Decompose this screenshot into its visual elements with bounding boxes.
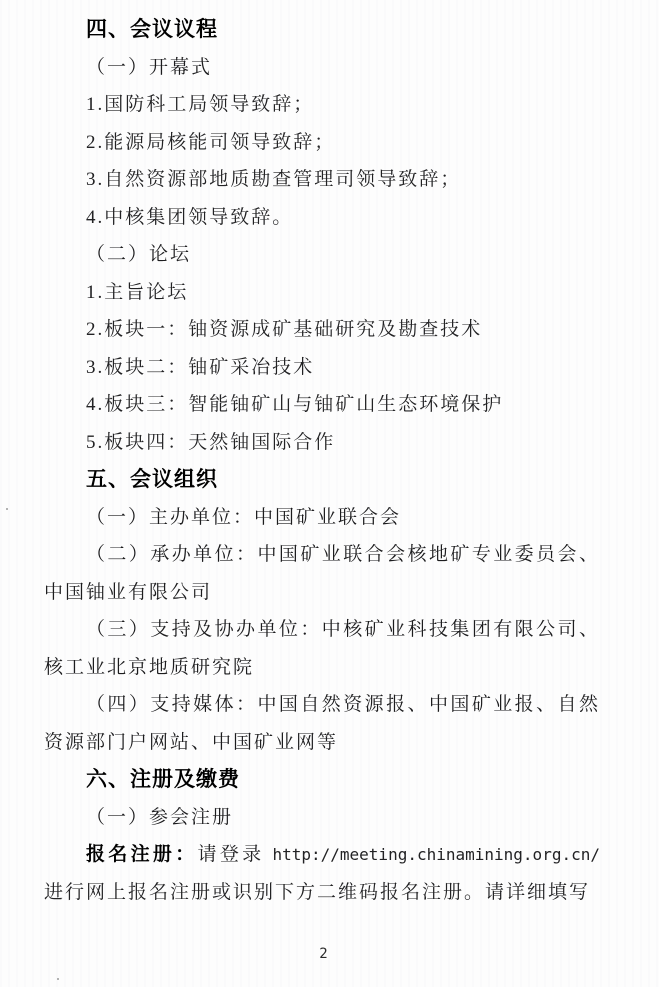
document-content: 四、会议议程 （一）开幕式 1.国防科工局领导致辞； 2.能源局核能司领导致辞；…	[44, 11, 600, 911]
paragraph-support-media: （四）支持媒体：中国自然资源报、中国矿业报、自然资源部门户网站、中国矿业网等	[44, 686, 600, 761]
subheading-attend-registration: （一）参会注册	[44, 799, 600, 837]
subheading-opening-ceremony: （一）开幕式	[44, 49, 600, 87]
registration-lead-label: 报名注册：	[86, 844, 198, 865]
list-item-opening-1: 1.国防科工局领导致辞；	[44, 86, 600, 124]
section-heading-agenda: 四、会议议程	[44, 11, 600, 49]
paragraph-host-unit: （一）主办单位：中国矿业联合会	[44, 499, 600, 537]
registration-text-continued: 进行网上报名注册或识别下方二维码报名注册。请详细填写	[44, 882, 590, 903]
registration-text: 请登录	[198, 844, 273, 865]
scan-noise-speck	[57, 978, 59, 980]
section-heading-registration: 六、注册及缴费	[44, 761, 600, 799]
list-item-forum-3: 3.板块二：铀矿采冶技术	[44, 349, 600, 387]
list-item-opening-2: 2.能源局核能司领导致辞；	[44, 124, 600, 162]
list-item-forum-2: 2.板块一：铀资源成矿基础研究及勘查技术	[44, 311, 600, 349]
page-number: 2	[0, 946, 647, 962]
paragraph-organizer-unit: （二）承办单位：中国矿业联合会核地矿专业委员会、中国铀业有限公司	[44, 536, 600, 611]
list-item-opening-4: 4.中核集团领导致辞。	[44, 199, 600, 237]
registration-paragraph: 报名注册：请登录 http://meeting.chinamining.org.…	[44, 836, 600, 911]
subheading-forum: （二）论坛	[44, 236, 600, 274]
list-item-opening-3: 3.自然资源部地质勘查管理司领导致辞；	[44, 161, 600, 199]
list-item-forum-4: 4.板块三：智能铀矿山与铀矿山生态环境保护	[44, 386, 600, 424]
list-item-forum-5: 5.板块四：天然铀国际合作	[44, 424, 600, 462]
paragraph-support-unit: （三）支持及协办单位：中核矿业科技集团有限公司、核工业北京地质研究院	[44, 611, 600, 686]
registration-url: http://meeting.chinamining.org.cn/	[272, 845, 600, 864]
section-heading-organization: 五、会议组织	[44, 461, 600, 499]
list-item-forum-1: 1.主旨论坛	[44, 274, 600, 312]
scan-noise-speck	[6, 508, 8, 510]
document-page: 四、会议议程 （一）开幕式 1.国防科工局领导致辞； 2.能源局核能司领导致辞；…	[0, 0, 659, 987]
